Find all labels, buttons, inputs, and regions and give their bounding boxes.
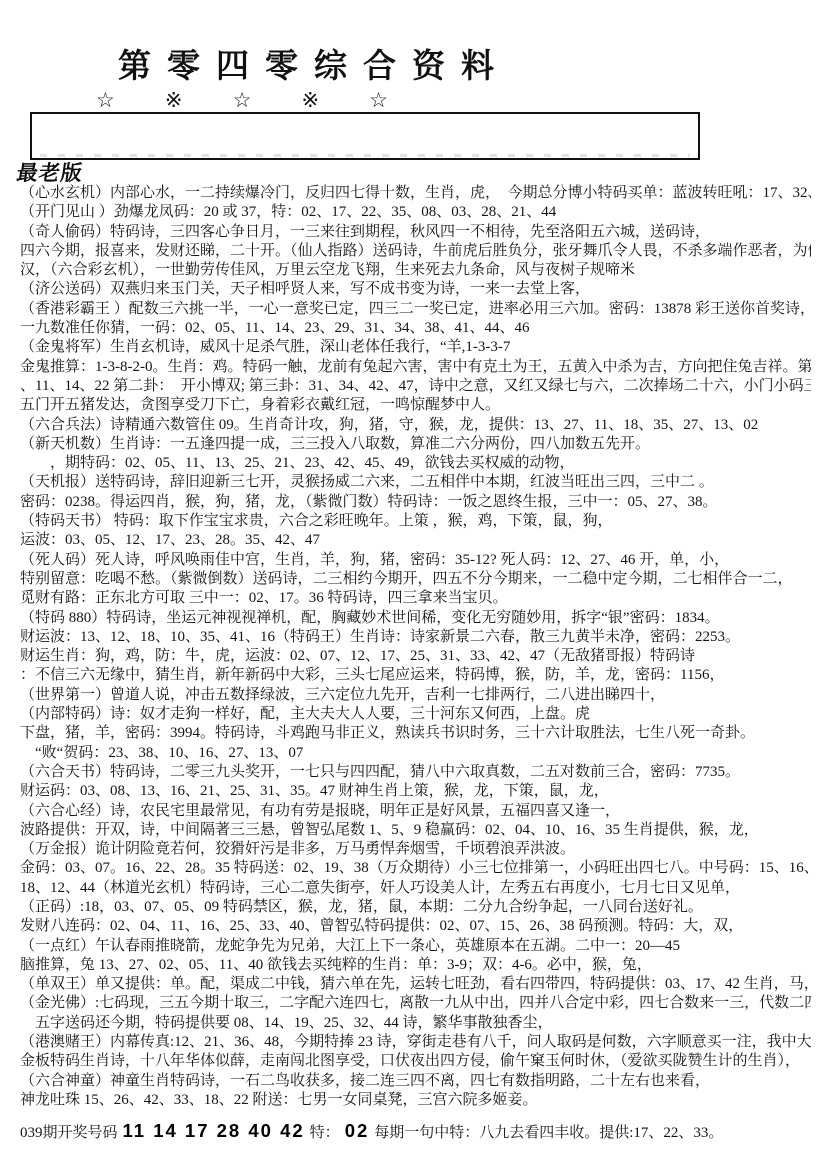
text-line: 波路提供：开双，诗，中间隔著三三悬，曾智弘尾数 1、5、9 稳赢码：02、04、…	[20, 821, 811, 840]
text-line: 运波：03、05、12、17、23、28。35、42、47	[20, 531, 811, 550]
text-line: （六合神童）神童生肖特码诗，一石二鸟收获多，接二连三四不离，四七有数指明路，二十…	[20, 1072, 811, 1091]
blank-box	[30, 112, 700, 160]
text-line: 金板特码生肖诗，十八年华体似薛，走南闯北图享受，口伏夜出四方侵，偷午窠玉何时休，…	[20, 1052, 811, 1071]
issue-prefix: 039期开奖号码	[20, 1121, 118, 1142]
edition-label: 最老版	[15, 157, 85, 187]
star-icon: ☆	[96, 90, 115, 111]
text-line: 脑推算，兔 13、27、02、05、11、40 欲钱去买纯粹的生肖：单：3-9；…	[20, 956, 811, 975]
text-line: 觅财有路：正东北方可取 三中一：02、17。36 特码诗，四三拿来当宝贝。	[20, 589, 811, 608]
text-line: （单双王）单又提供：单。配，渠成二中钱，猜六单在先，运转七旺劲，看右四带四，特码…	[20, 975, 811, 994]
text-line: （奇人偷码）特码诗，三四客心争日月，一三来往到期程，秋风四一不相待，先至洛阳五六…	[20, 223, 811, 242]
star-icon: ※	[301, 90, 319, 111]
text-line: 、11、14、22 第二卦： 开小博双; 第三卦：31、34、42、47，诗中之…	[20, 377, 811, 396]
text-line: 财运波：13、12、18、10、35、41、16（特码王）生肖诗：诗家新景二六春…	[20, 628, 811, 647]
text-line: 密码：0238。得运四肖，猴，狗，猪，龙，（紫微门数）特码诗：一饭之恩终生报，三…	[20, 493, 811, 512]
text-line: 财运码：03、08、13、16、21、25、31、35。47 财神生肖上策，猴，…	[20, 782, 811, 801]
text-line: （济公送码）双燕归来玉门关，天子相呼贤人来，写不成书变为诗，一来一去堂上客，	[20, 280, 811, 299]
text-line: ：不信三六无缘中，猜生肖，新年新码中大彩，三头七尾应运来，特码博，猴，防，羊，龙…	[20, 666, 811, 685]
text-line: （正码）:18，03、07、05、09 特码禁区，猴，龙，猪，鼠，本期：二分九合…	[20, 898, 811, 917]
text-line: 一九数准任你猜，一码：02、05、11、14、23、29、31、34、38、41…	[20, 319, 811, 338]
text-line: （特码天书） 特码：取下作宝宝求贵，六合之彩旺晚年。上策 ，猴，鸡，下策，鼠，狗…	[20, 512, 811, 531]
page-title: 第零四零综合资料	[118, 40, 510, 87]
content-lines: （心水玄机）内部心水，一二持续爆冷门，反归四七得十数，生肖，虎， 今期总分博小特…	[20, 184, 811, 1110]
special-label: 特：	[310, 1121, 340, 1142]
text-line: 财运生肖：狗，鸡，防：牛，虎，运波：02、07、12、17、25、31、33、4…	[20, 647, 811, 666]
result-note: 每期一句中特：八九去看四丰收。提供:17、22、33。	[374, 1121, 723, 1142]
results-line: 039期开奖号码 11 14 17 28 40 42 特： 02 每期一句中特：…	[20, 1120, 811, 1142]
text-line: （天机报）送特码诗，辞旧迎新三七开，灵猴扬威二六来，二五相伴中本期，红波当旺出三…	[20, 473, 811, 492]
text-line: （六合天书）特码诗，二零三九头奖开，一七只与四四配，猜八中六取真数，二五对数前三…	[20, 763, 811, 782]
special-number: 02	[345, 1120, 370, 1142]
text-line: （特码 880）特码诗，坐运元神视视禅机，配，胸藏妙术世间稀，变化无穷随妙用，拆…	[20, 609, 811, 628]
star-icon: ☆	[233, 90, 252, 111]
text-line: 金鬼推算：1-3-8-2-0。生肖：鸡。特码一触，龙前有兔起六害，害中有克土为王…	[20, 358, 811, 377]
text-line: （万金报）诡计阴险竟若何，狡猾奸污是非多，万马勇悍奔烟雪，千顷碧浪弄洪波。	[20, 840, 811, 859]
text-line: 神龙吐珠 15、26、42、33、18、22 附送：七男一女同桌凳，三宫六院多姬…	[20, 1091, 811, 1110]
text-line: 特别留意：吃喝不愁。（紫微倒数）送码诗，二三相约今期开，四五不分今期来，一二稳中…	[20, 570, 811, 589]
winning-numbers: 11 14 17 28 40 42	[123, 1120, 305, 1142]
text-line: 四六今期，报喜来，发财还睇，二十开。（仙人指路）送码诗，牛前虎后胜负分，张牙舞爪…	[20, 242, 811, 261]
text-line: 汉，（六合彩玄机），一世勤劳传佳风，万里云空龙飞翔，生来死去九条命，风与夜树子规…	[20, 261, 811, 280]
text-line: （香港彩霸王 ）配数三六挑一半，一心一意奖已定，四三二一奖已定，进率必用三六加。…	[20, 300, 811, 319]
text-line: 五门开五猪发达，贪图享受刀下亡，身着彩衣戴红冠，一鸣惊醒梦中人。	[20, 396, 811, 415]
text-line: （心水玄机）内部心水，一二持续爆冷门，反归四七得十数，生肖，虎， 今期总分博小特…	[20, 184, 811, 203]
text-line: （六合心经）诗，农民宅里最常见，有功有劳是报晓，明年正是好风景，五福四喜又逢一，	[20, 802, 811, 821]
text-line: 发财八连码：02、04、11、16、25、33、40、曾智弘特码提供：02、07…	[20, 917, 811, 936]
text-line: （一点红）午认春雨推晓箭，龙蛇争先为兄弟，大江上下一条心，英雄原本在五湖。二中一…	[20, 937, 811, 956]
star-icon: ☆	[369, 90, 388, 111]
text-line: （新天机数）生肖诗：一五逢四提一成，三三投入八取数，算准二六分两份，四八加数五先…	[20, 435, 811, 454]
text-line: （六合兵法）诗精通六数管住 09。生肖奇计攻，狗，猪，守，猴，龙，提供：13、2…	[20, 416, 811, 435]
text-line: （金鬼将军）生肖玄机诗，威风十足杀气胜，深山老体任我行，“羊,1-3-3-7	[20, 338, 811, 357]
decor-stars: ☆ ※ ☆ ※ ☆	[96, 90, 388, 111]
text-line: ，期特码：02、05、11、13、25、21、23、42、45、49，欲钱去买权…	[20, 454, 811, 473]
text-line: （死人码）死人诗，呼风唤雨佳中宫，生肖，羊，狗，猪，密码：35-12? 死人码：…	[20, 551, 811, 570]
text-line: （世界第一）曾道人说，冲击五数择绿波，三六定位九先开，吉利一七排两行，二八进出睇…	[20, 686, 811, 705]
text-line: （开门见山 ）劲爆龙凤码：20 或 37，特：02、17、22、35、08、03…	[20, 203, 811, 222]
text-line: （内部特码）诗：奴才走狗一样好，配，主大夫大人人要，三十河东又何西，上盘。虎	[20, 705, 811, 724]
text-line: 五字送码还今期，特码提供要 08、14、19、25、32、44 诗，繁华事散独香…	[20, 1014, 811, 1033]
text-line: 18、12、44（林道光玄机）特码诗，三心二意失街亭，奸人巧设美人计，左秀五右再…	[20, 879, 811, 898]
text-line: 金码：03、07。16、22、28。35 特码送：02、19、38（万众期待）小…	[20, 859, 811, 878]
text-line: 下盘，猪，羊，密码：3994。特码诗，斗鸡跑马非正义，熟读兵书识时务，三十六计取…	[20, 724, 811, 743]
star-icon: ※	[165, 90, 183, 111]
text-line: “败“贺码：23、38、10、16、27、13、07	[20, 744, 811, 763]
text-line: （港澳赌王）内幕传真:12、21、36、48，今期特捧 23 诗，穿街走巷有八千…	[20, 1033, 811, 1052]
text-line: （金光佛）:七码现，三五今期十取三，二字配六连四七，离散一九从中出，四并八合定中…	[20, 994, 811, 1013]
